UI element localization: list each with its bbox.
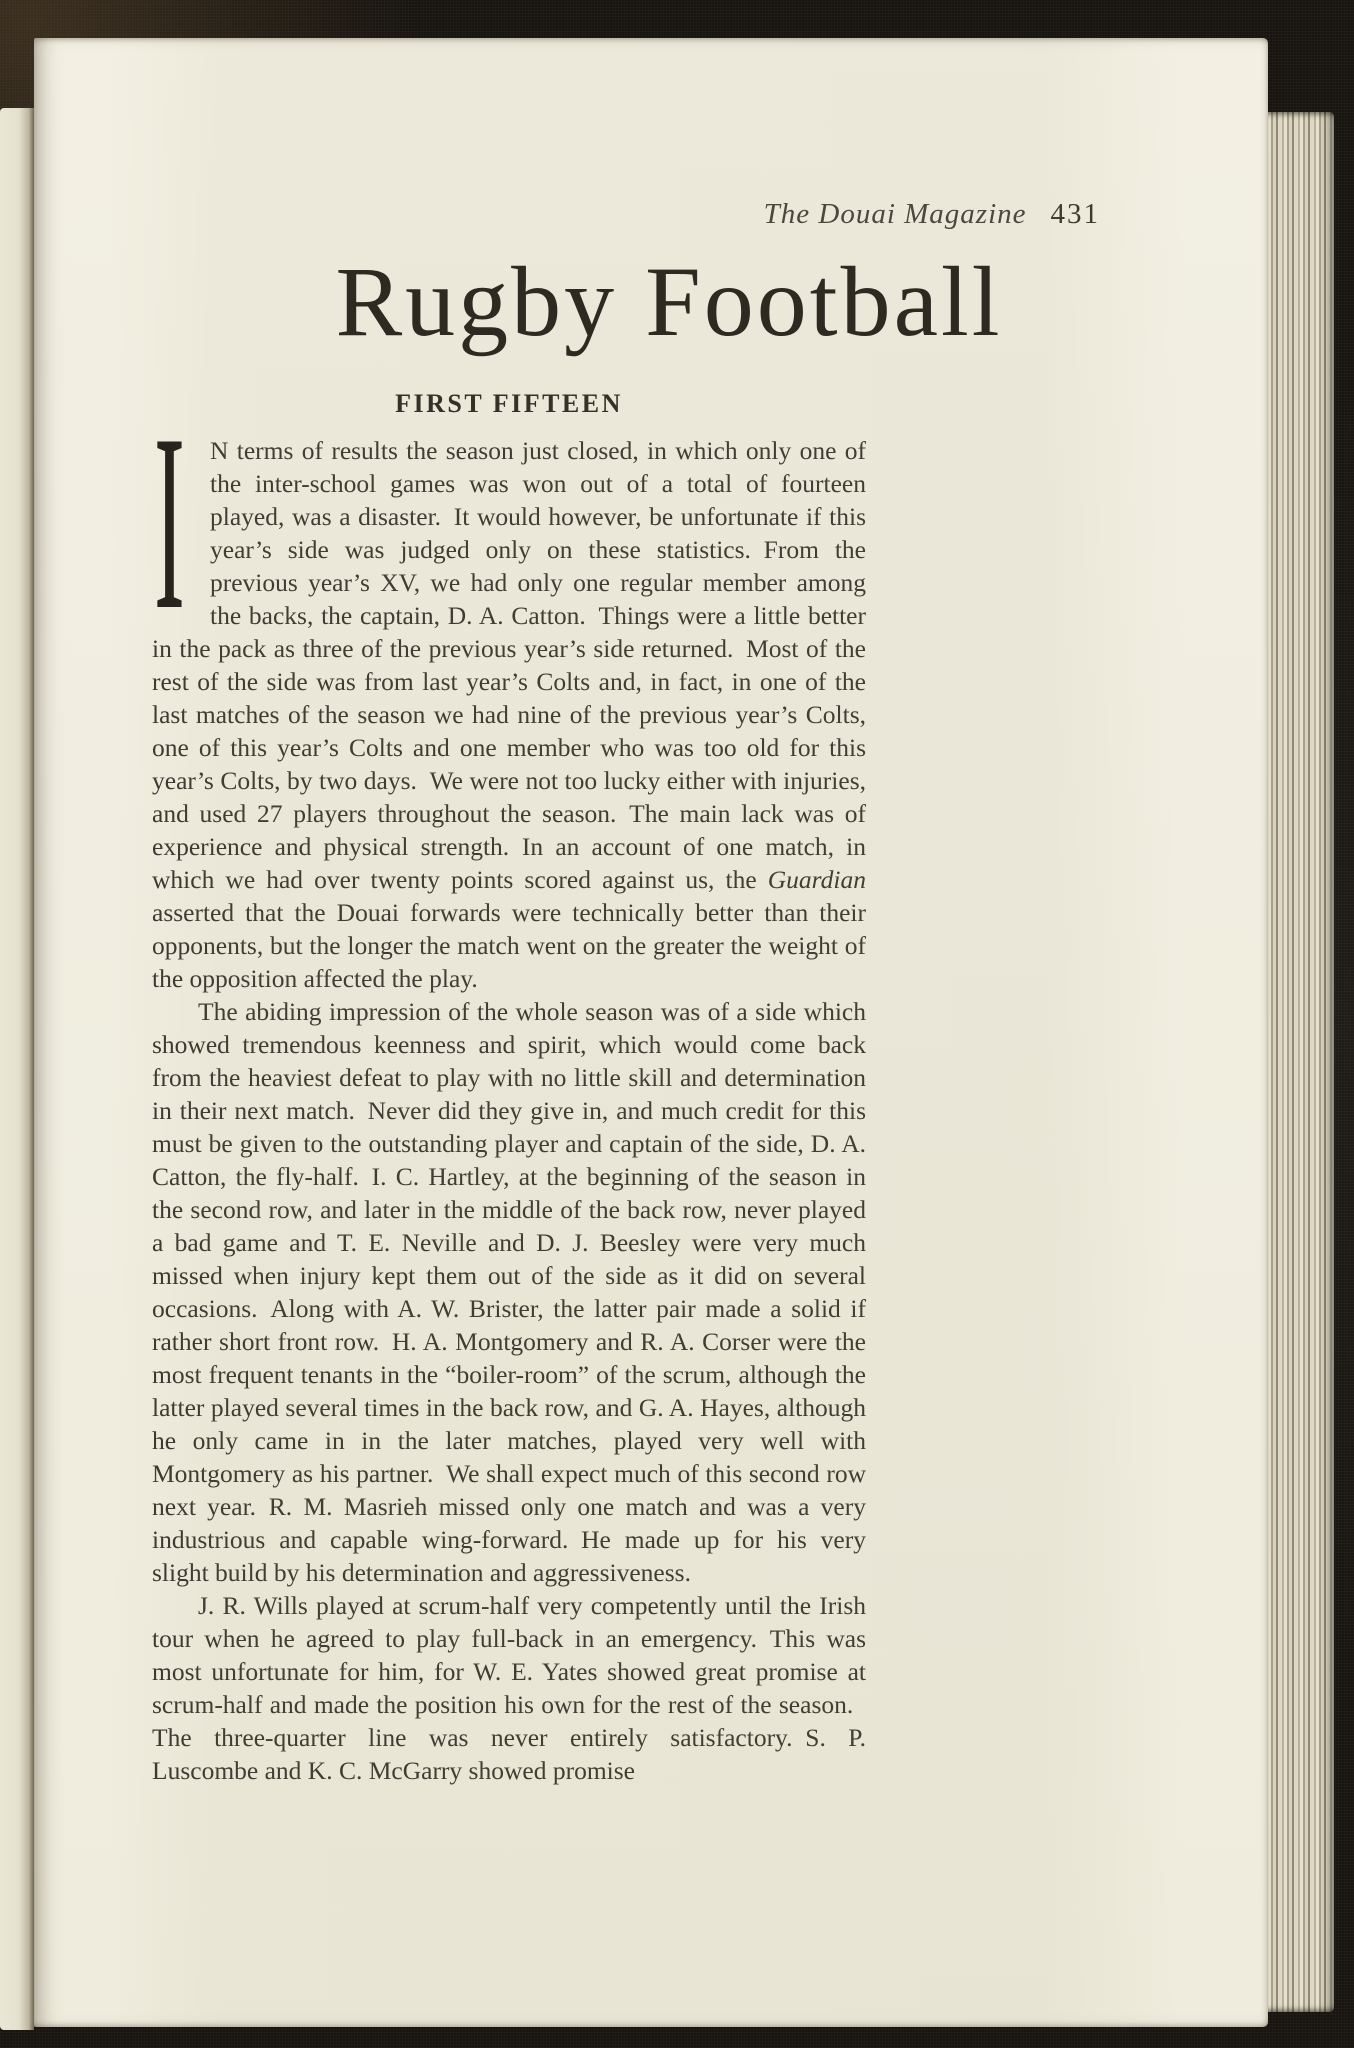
paragraph-1: IN terms of results the season just clos…: [152, 434, 866, 995]
adjacent-page-edge: [0, 108, 34, 2030]
paragraph-1-text: N terms of results the season just close…: [152, 436, 866, 894]
running-head-page-number: 431: [1051, 198, 1101, 230]
article-title: Rugby Football: [52, 244, 1286, 359]
magazine-page: The Douai Magazine431 Rugby Football FIR…: [34, 38, 1268, 2027]
running-head-magazine-title: The Douai Magazine: [764, 198, 1027, 230]
paragraph-2: The abiding impression of the whole seas…: [152, 995, 866, 1589]
paragraph-3: J. R. Wills played at scrum-half very co…: [152, 1589, 866, 1787]
running-head: The Douai Magazine431: [764, 198, 1100, 231]
italic-publication-name: Guardian: [768, 865, 866, 894]
page-stack-edges: [1268, 112, 1334, 2012]
article-body: IN terms of results the season just clos…: [152, 434, 866, 1787]
drop-cap: I: [154, 438, 173, 672]
paragraph-1-text-continued: asserted that the Douai forwards were te…: [152, 898, 866, 993]
book-photo: The Douai Magazine431 Rugby Football FIR…: [0, 0, 1354, 2048]
section-heading: FIRST FIFTEEN: [152, 389, 866, 419]
